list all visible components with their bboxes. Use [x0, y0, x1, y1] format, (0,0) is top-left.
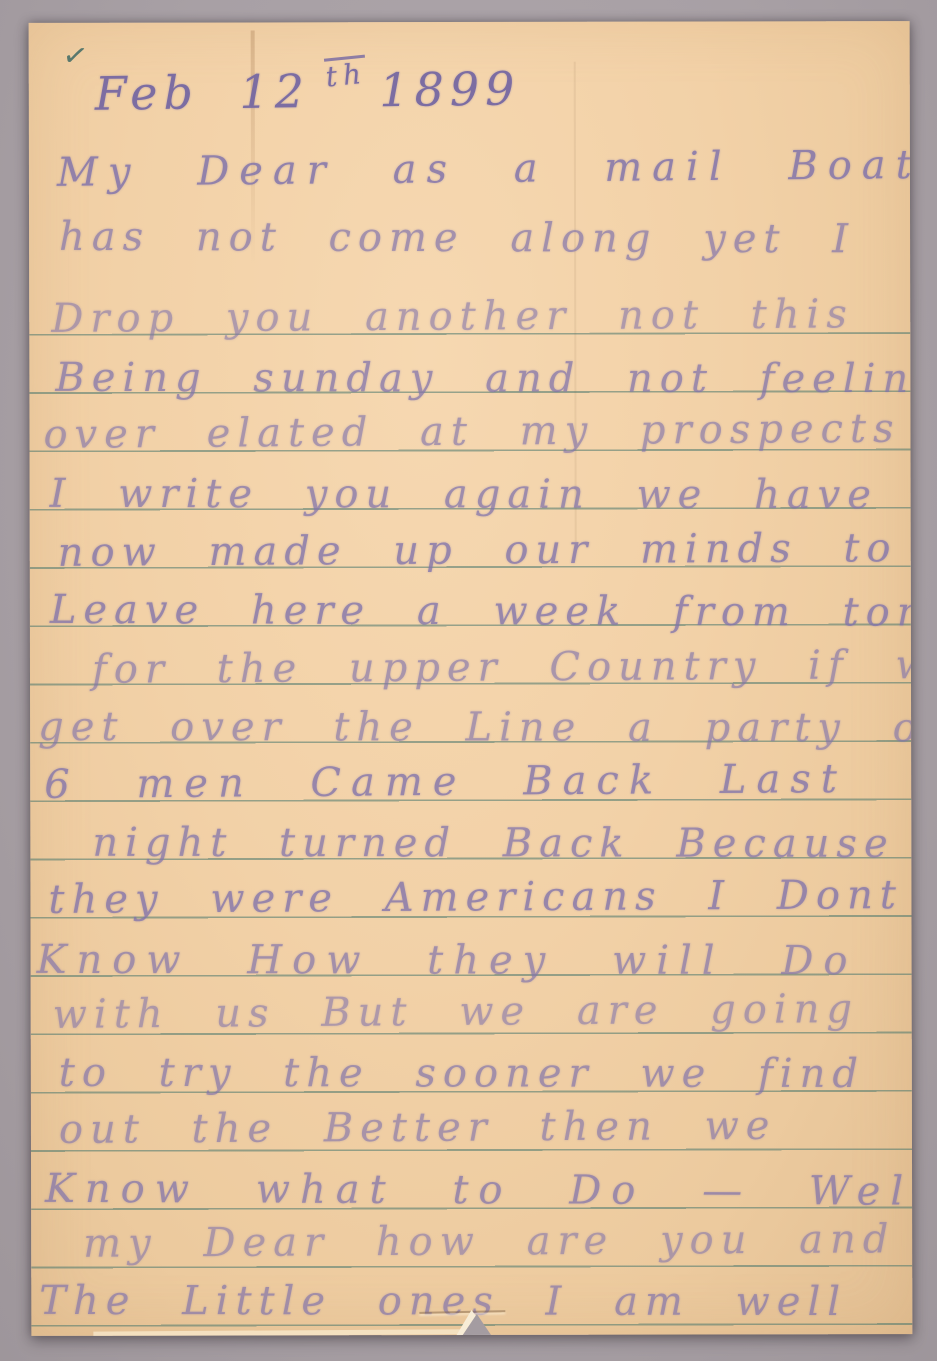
handwriting-line: with us But we are going — [53, 987, 860, 1037]
handwriting-line: The Little ones I am well — [39, 1279, 847, 1324]
date-month-day: Feb 12 — [94, 64, 310, 121]
letter-scan: { "letter": { "annotation_mark": "✓", "d… — [0, 0, 937, 1361]
handwriting-line: night turned Back Because — [92, 821, 894, 866]
handwriting-line: to try the sooner we find — [59, 1051, 865, 1096]
handwriting-line: my Dear how are you and — [83, 1217, 895, 1266]
date-year: 1899 — [379, 61, 521, 117]
letter-paper: ✓ Feb 12th1899 My Dear as a mail Boat — … — [29, 21, 913, 1336]
handwriting-line: My Dear as a mail Boat — — [57, 142, 913, 195]
handwriting-line: Drop you another not this — [51, 292, 854, 340]
handwriting-line: Know How they will Do — [37, 938, 858, 983]
handwriting-line: 6 men Came Back Last — [44, 757, 847, 807]
handwriting-line: they were Americans I Dont — [48, 873, 903, 922]
handwriting-line: has not come along yet I — [59, 215, 855, 262]
handwriting-line: get over the Line a party of — [38, 705, 912, 750]
date-ordinal-superscript: th — [324, 55, 369, 94]
handwriting-line: I write you again we have — [50, 472, 878, 517]
handwriting-line: for the upper Country if we — [92, 643, 913, 692]
handwriting-line: Leave here a week from tomorrow — [50, 588, 913, 635]
handwriting-line: Being sunday and not feeling — [55, 356, 912, 401]
annotation-check-mark: ✓ — [60, 37, 91, 76]
handwriting-line: Know what to Do — Well — [45, 1167, 912, 1214]
date-line: Feb 12th1899 — [94, 63, 520, 119]
handwriting-line: now made up our minds to — [58, 526, 898, 575]
handwriting-line: out the Better then we — [59, 1104, 777, 1152]
handwriting-line: over elated at my prospects — [43, 407, 900, 457]
